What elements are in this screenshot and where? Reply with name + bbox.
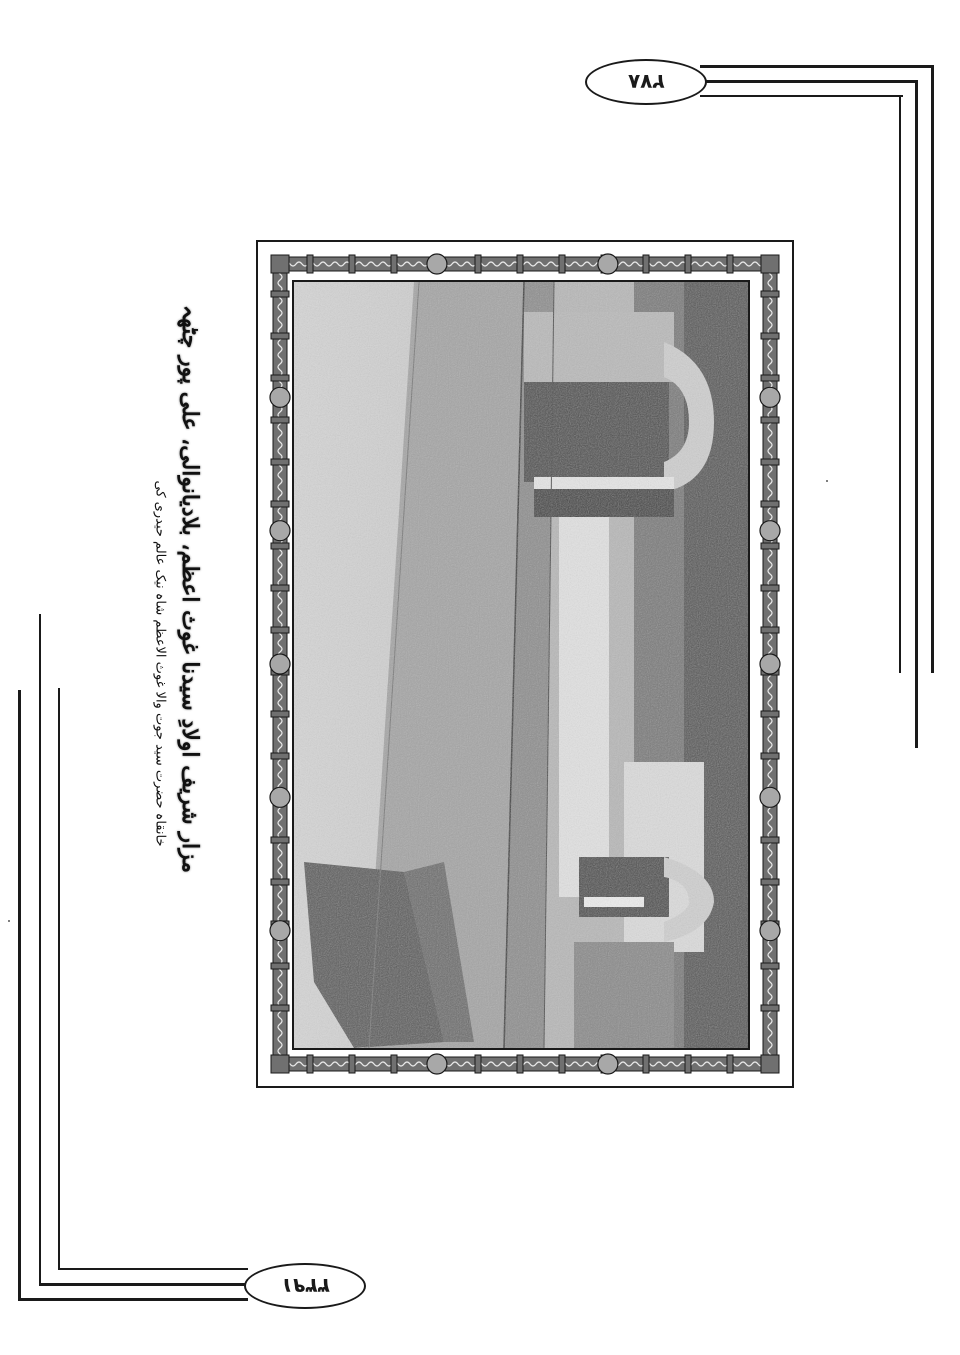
tomb-photograph <box>292 280 750 1050</box>
bracket-line-outer-h <box>18 1298 248 1301</box>
bracket-line-outer-h <box>700 65 934 68</box>
page-number-top-text: ۲۷۸ <box>628 70 665 94</box>
page-number-bottom: ۳۳۹۱ <box>244 1263 366 1309</box>
caption-subtitle: خانقاہ حضرت سید جوت والا غوث الاعظم شاہ … <box>153 454 168 874</box>
bracket-line-outer-v <box>18 690 21 1300</box>
scan-speck <box>8 920 10 922</box>
bracket-line-middle-h <box>39 1283 249 1286</box>
bracket-line-middle-v <box>39 614 41 1284</box>
page-number-bottom-text: ۳۳۹۱ <box>281 1274 330 1298</box>
bracket-line-middle-v <box>915 80 918 748</box>
bracket-line-inner-h <box>58 1268 248 1270</box>
photo-content <box>294 282 748 1048</box>
bracket-line-middle-h <box>700 80 918 83</box>
caption-title: مزار شریف اولادِ سیدنا غوث اعظم، بلادیان… <box>177 453 203 873</box>
figure-caption: مزار شریف اولادِ سیدنا غوث اعظم، بلادیان… <box>140 460 240 880</box>
bracket-line-inner-h <box>700 95 903 97</box>
bracket-line-outer-v <box>931 65 934 673</box>
scan-speck <box>826 480 828 482</box>
bracket-line-inner-v <box>58 688 60 1270</box>
page-number-top: ۲۷۸ <box>585 59 707 105</box>
bracket-line-inner-v <box>899 95 901 673</box>
